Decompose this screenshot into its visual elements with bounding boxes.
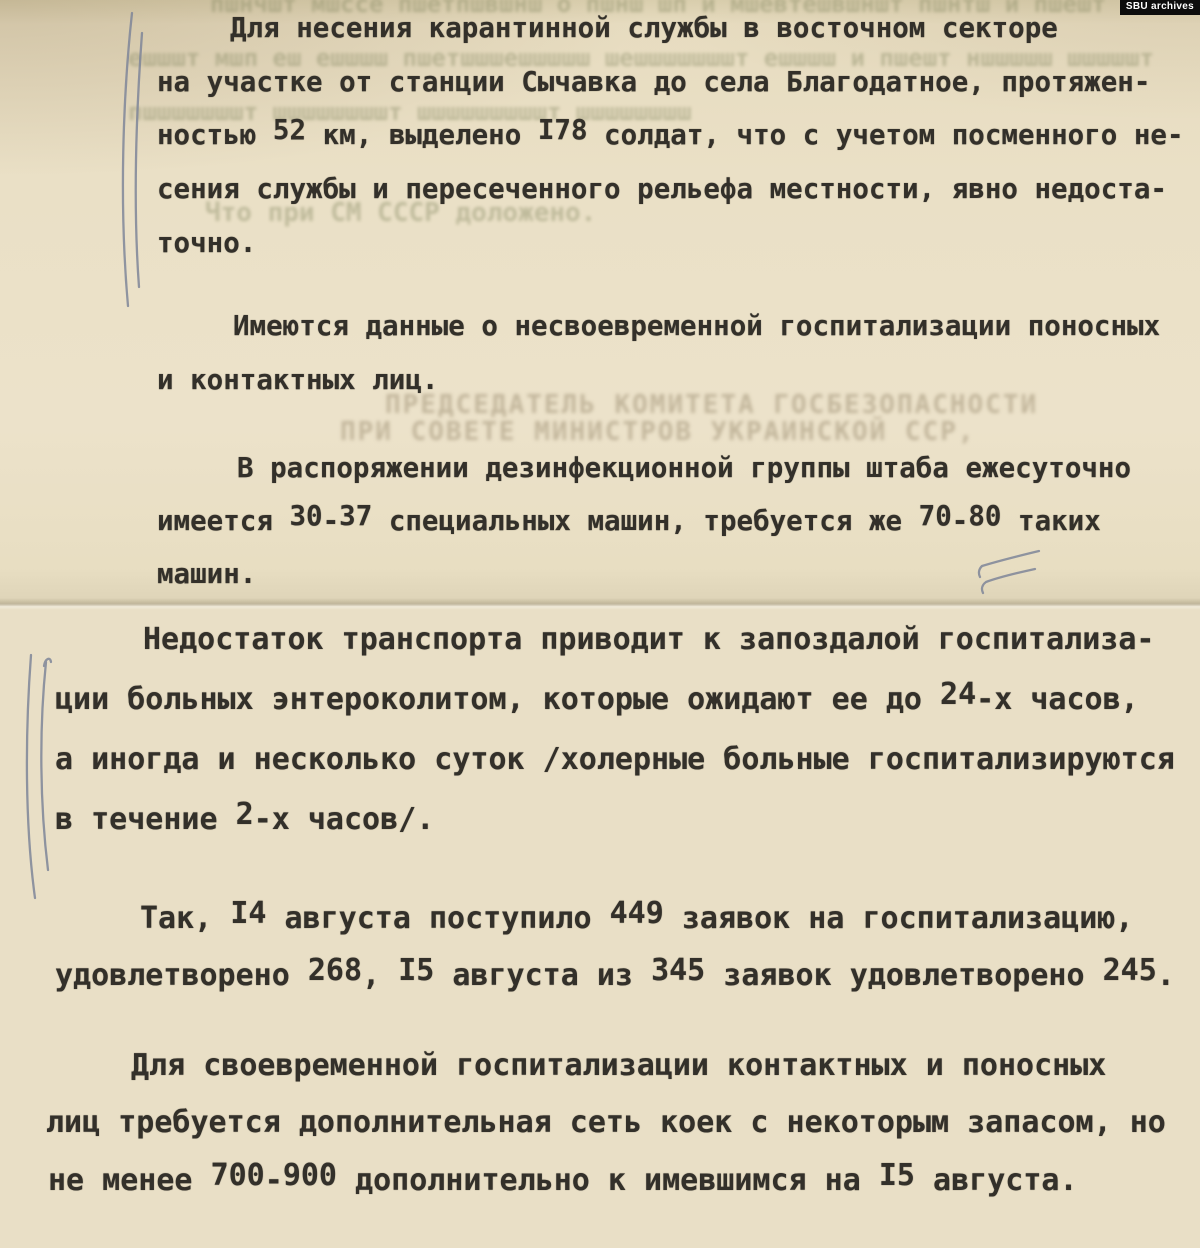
typewritten-line: Так, I4 августа поступило 449 заявок на … [140, 904, 1133, 934]
typewritten-line: на участке от станции Сычавка до села Бл… [157, 69, 1150, 97]
typewritten-line: ностью 52 км, выделено I78 солдат, что с… [157, 122, 1184, 150]
typewritten-line: Для своевременной госпитализации контакт… [131, 1051, 1106, 1081]
typewritten-line: ции больных энтероколитом, которые ожида… [55, 685, 1139, 715]
typewritten-line: В распоряжении дезинфекционной группы шт… [237, 455, 1131, 483]
typewritten-line: а иногда и несколько суток /холерные бол… [55, 745, 1175, 775]
typewritten-line: и контактных лиц. [157, 367, 438, 395]
typewritten-line: лиц требуется дополнительная сеть коек с… [46, 1108, 1166, 1138]
typewritten-line: имеется 30-37 специальных машин, требует… [157, 508, 1101, 536]
bleedthrough-line: ПРЕДСЕДАТЕЛЬ КОМИТЕТА ГОСБЕЗОПАСНОСТИ [385, 392, 1038, 418]
typewritten-line: Для несения карантинной службы в восточн… [230, 15, 1058, 43]
page-seam [0, 598, 1200, 610]
typewritten-line: не менее 700-900 дополнительно к имевшим… [48, 1166, 1078, 1196]
typewritten-line: удовлетворено 268, I5 августа из 345 зая… [55, 961, 1175, 991]
scanned-document: пшнчшт мшссе пшетпшвшнш о пшнш шп и мшев… [0, 0, 1200, 1248]
typewritten-line: Имеются данные о несвоевременной госпита… [233, 313, 1160, 341]
bleedthrough-line: ПРИ СОВЕТЕ МИНИСТРОВ УКРАИНСКОЙ ССР, [340, 419, 976, 445]
sbu-archives-watermark: SBU archives [1120, 0, 1200, 15]
typewritten-line: машин. [157, 561, 256, 589]
typewritten-line: точно. [157, 230, 256, 258]
typewritten-line: сения службы и пересеченного рельефа мес… [157, 176, 1167, 204]
typewritten-line: Недостаток транспорта приводит к запозда… [143, 625, 1154, 655]
typewritten-line: в течение 2-х часов/. [55, 805, 434, 835]
